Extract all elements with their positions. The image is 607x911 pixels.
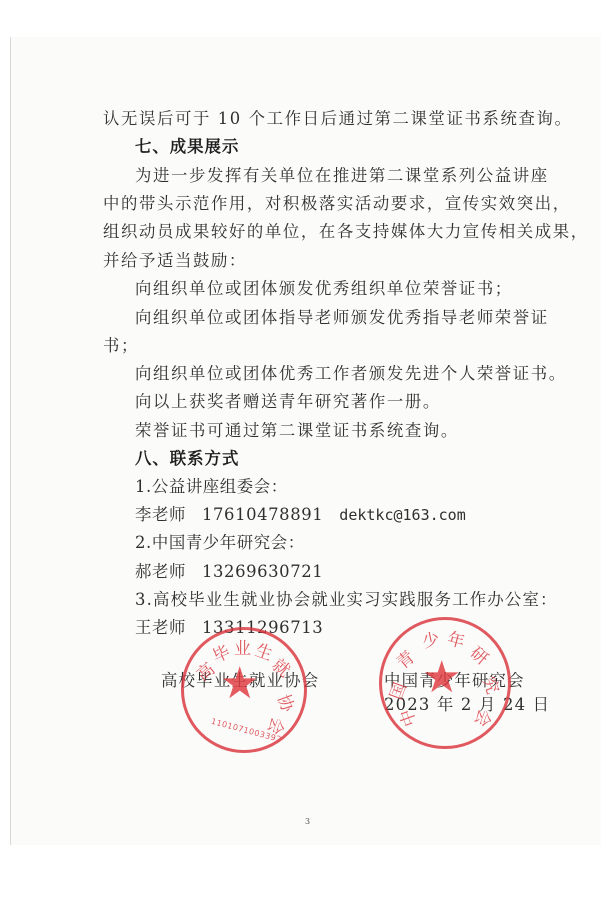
seal-char: 究 — [478, 672, 507, 697]
document-page: 认无误后可于 10 个工作日后通过第二课堂证书系统查询。 七、成果展示 为进一步… — [10, 37, 601, 845]
body-line: 认无误后可于 10 个工作日后通过第二课堂证书系统查询。 — [103, 105, 533, 133]
seal-char: 青 — [390, 643, 419, 673]
contact-row: 李老师17610478891dektkc@163.com — [135, 501, 565, 529]
page-number: 3 — [305, 817, 310, 826]
section-heading-contact: 八、联系方式 — [135, 445, 565, 473]
seal-char: 研 — [466, 639, 495, 669]
body-line: 并给予适当鼓励： — [103, 247, 533, 275]
body-line: 书； — [103, 332, 533, 360]
star-icon: ★ — [422, 656, 461, 700]
seal-char: 中 — [392, 706, 421, 731]
contact-person: 郝老师 — [135, 562, 186, 581]
official-seal-left: 高 毕 业 生 就 协 会 ★ 1101071003392 — [181, 627, 307, 753]
seal-char: 业 — [234, 634, 251, 659]
star-icon: ★ — [220, 662, 259, 706]
contact-person: 李老师 — [135, 505, 186, 524]
contact-org: 3.高校毕业生就业协会就业实习实践服务工作办公室： — [135, 586, 565, 614]
contact-phone: 13269630721 — [202, 562, 323, 581]
body-line: 中的带头示范作用，对积极落实活动要求，宣传实效突出， — [103, 190, 533, 218]
contact-person: 王老师 — [135, 618, 186, 637]
body-line: 组织动员成果较好的单位，在各支持媒体大力宣传相关成果， — [103, 218, 533, 246]
award-item: 向以上获奖者赠送青年研究著作一册。 — [135, 388, 565, 416]
contact-org: 1.公益讲座组委会： — [135, 473, 565, 501]
award-item: 向组织单位或团体颁发优秀组织单位荣誉证书； — [135, 275, 565, 303]
body-line: 荣誉证书可通过第二课堂证书系统查询。 — [135, 417, 565, 445]
contact-row: 郝老师13269630721 — [135, 558, 565, 586]
contact-email[interactable]: dektkc@163.com — [339, 506, 465, 524]
seal-char: 协 — [273, 690, 302, 715]
seal-char: 就 — [268, 651, 297, 681]
contact-row: 王老师13311296713 — [135, 614, 565, 642]
seal-char: 会 — [470, 706, 499, 731]
seal-char: 国 — [382, 678, 411, 703]
section-heading-results: 七、成果展示 — [135, 133, 565, 161]
award-item: 向组织单位或团体优秀工作者颁发先进个人荣誉证书。 — [135, 360, 565, 388]
contact-phone: 17610478891 — [202, 505, 323, 524]
body-line: 为进一步发挥有关单位在推进第二课堂系列公益讲座 — [135, 162, 565, 190]
seal-char: 年 — [445, 624, 468, 653]
official-seal-right: 青 少 年 研 究 国 中 会 ★ — [379, 617, 511, 749]
seal-char: 少 — [420, 625, 442, 653]
award-item: 向组织单位或团体指导老师颁发优秀指导老师荣誉证 — [135, 304, 565, 332]
contact-org: 2.中国青少年研究会： — [135, 529, 565, 557]
